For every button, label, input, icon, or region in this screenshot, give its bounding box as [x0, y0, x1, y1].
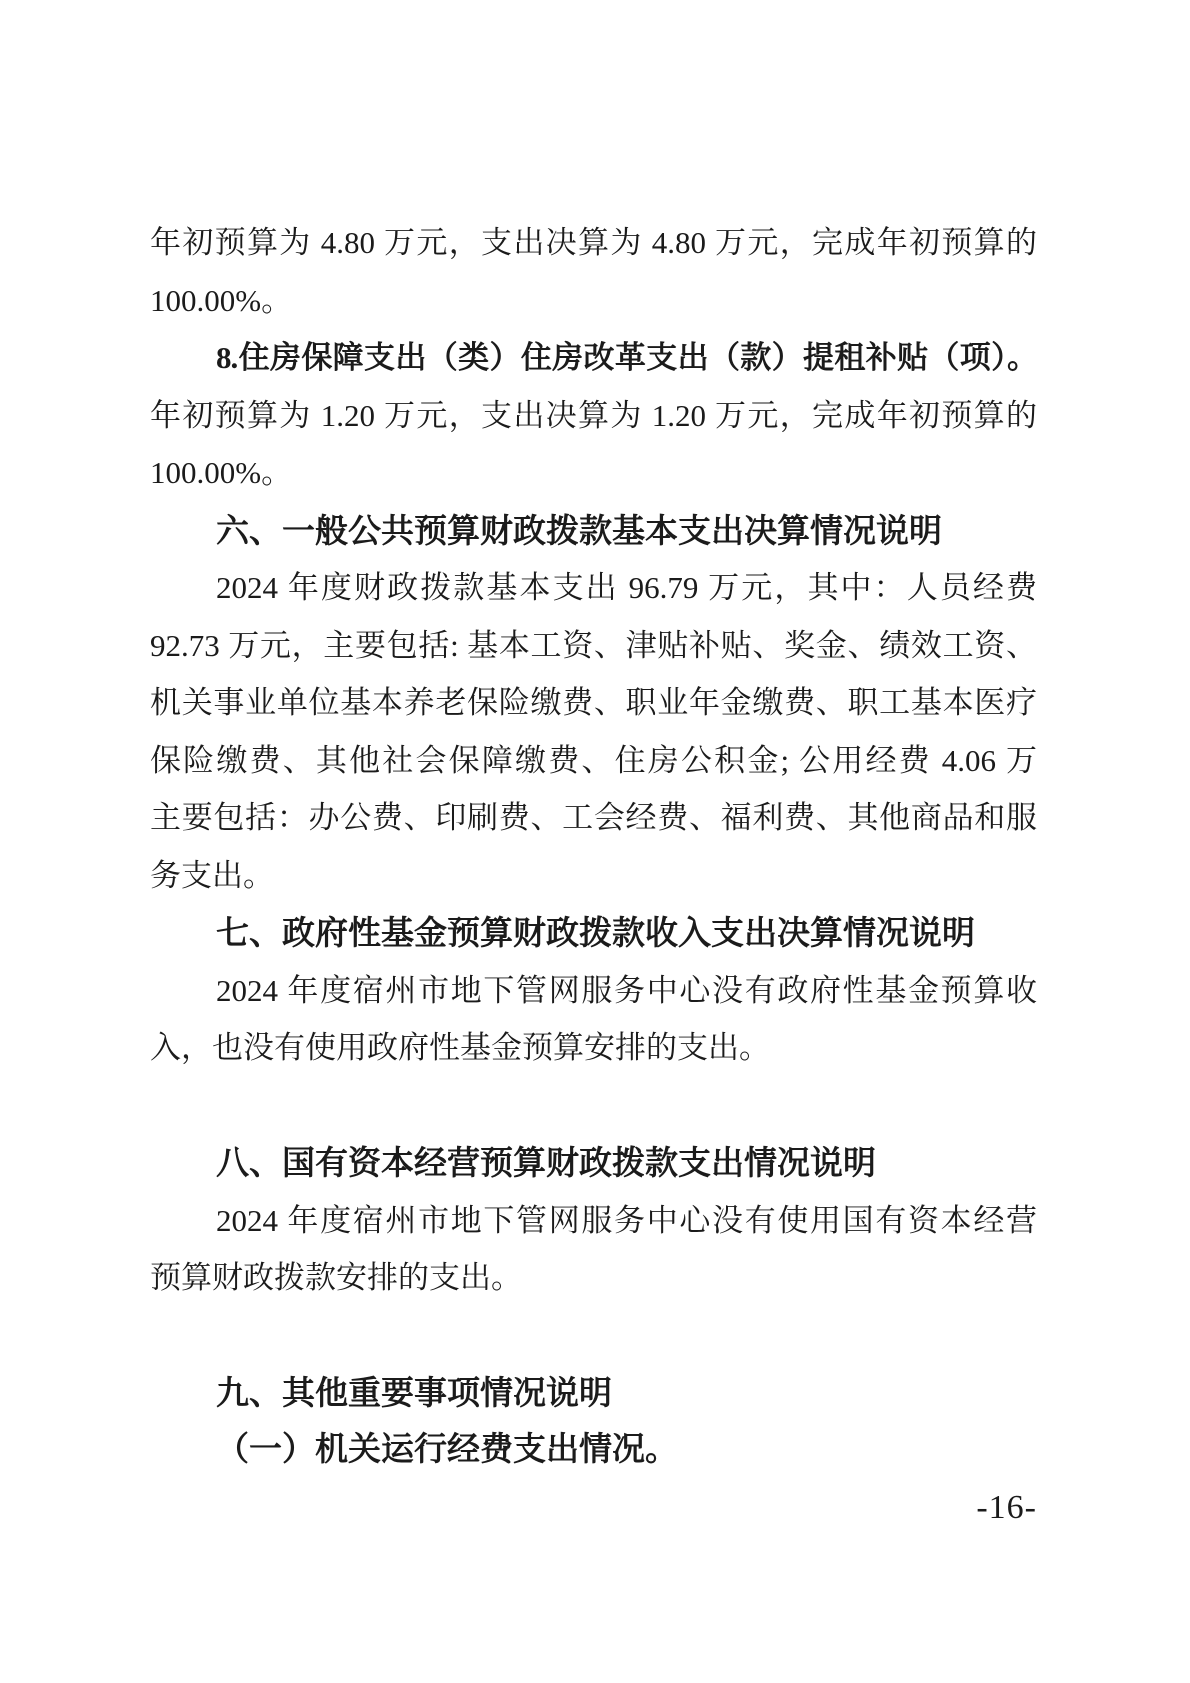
body-line: 入，也没有使用政府性基金预算安排的支出。	[150, 1019, 1037, 1077]
body-line: 100.00%。	[150, 444, 1037, 502]
section-7-heading: 七、政府性基金预算财政拨款收入支出决算情况说明	[150, 904, 1037, 962]
body-line: 年初预算为 1.20 万元，支出决算为 1.20 万元，完成年初预算的	[150, 387, 1037, 445]
subsection-1-heading: （一）机关运行经费支出情况。	[150, 1422, 1037, 1480]
body-line: 机关事业单位基本养老保险缴费、职业年金缴费、职工基本医疗	[150, 674, 1037, 732]
section-8-heading: 八、国有资本经营预算财政拨款支出情况说明	[150, 1134, 1037, 1192]
page-number: -16-	[150, 1479, 1037, 1537]
subsection-8-heading: 8.住房保障支出（类）住房改革支出（款）提租补贴（项）。	[150, 329, 1037, 387]
body-line: 2024 年度财政拨款基本支出 96.79 万元，其中：人员经费	[150, 559, 1037, 617]
blank-line	[150, 1077, 1037, 1135]
body-line: 100.00%。	[150, 272, 1037, 330]
body-line: 2024 年度宿州市地下管网服务中心没有政府性基金预算收	[150, 962, 1037, 1020]
body-line: 保险缴费、其他社会保障缴费、住房公积金; 公用经费 4.06 万元，	[150, 732, 1037, 790]
document-page: 年初预算为 4.80 万元，支出决算为 4.80 万元，完成年初预算的 100.…	[0, 0, 1190, 1683]
document-content: 年初预算为 4.80 万元，支出决算为 4.80 万元，完成年初预算的 100.…	[150, 214, 1037, 1537]
body-line: 92.73 万元，主要包括: 基本工资、津贴补贴、奖金、绩效工资、	[150, 617, 1037, 675]
section-6-heading: 六、一般公共预算财政拨款基本支出决算情况说明	[150, 502, 1037, 560]
section-9-heading: 九、其他重要事项情况说明	[150, 1364, 1037, 1422]
blank-line	[150, 1307, 1037, 1365]
body-line: 2024 年度宿州市地下管网服务中心没有使用国有资本经营	[150, 1192, 1037, 1250]
body-line: 年初预算为 4.80 万元，支出决算为 4.80 万元，完成年初预算的	[150, 214, 1037, 272]
body-line: 主要包括：办公费、印刷费、工会经费、福利费、其他商品和服	[150, 789, 1037, 847]
body-line: 预算财政拨款安排的支出。	[150, 1249, 1037, 1307]
body-line: 务支出。	[150, 847, 1037, 905]
